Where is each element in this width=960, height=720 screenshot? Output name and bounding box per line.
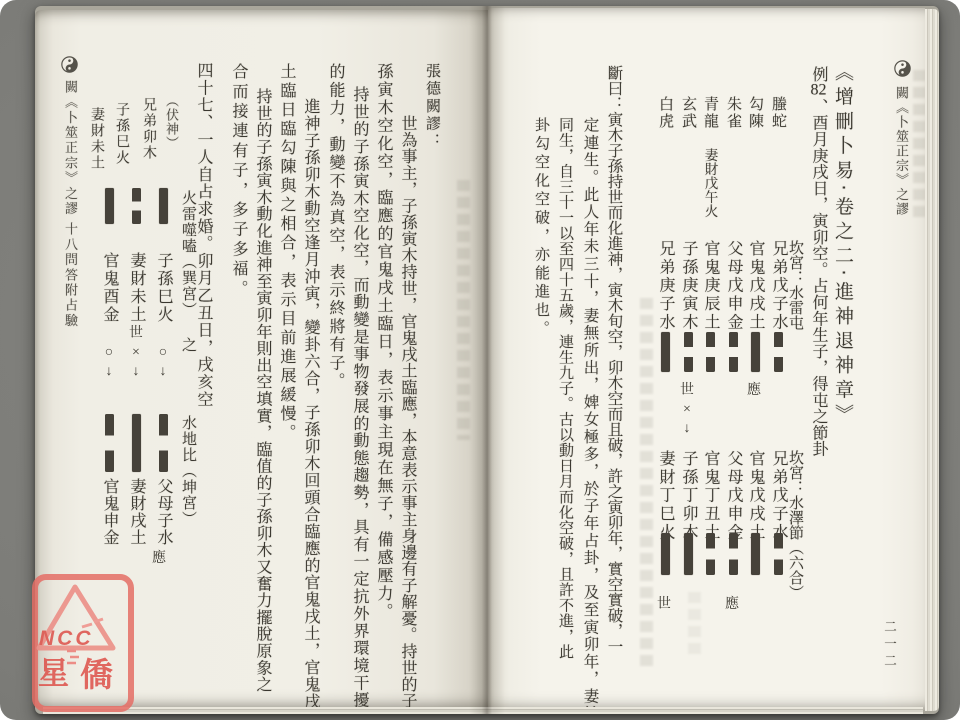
commentary-column: 持世的子孫寅木動化進神至寅卯年則出空填實，臨值的子孫卯木又奮力擺脫原象之 <box>254 88 270 693</box>
chapter-title: 《增刪卜易‧卷之二‧進神退神章》 <box>833 62 852 428</box>
book-spread: 闕《卜筮正宗》之謬 十八問答附占驗 張德闕謬： 世為事主，子孫寅木持世，官鬼戌土… <box>35 6 939 714</box>
commentary-column: 合而接連有子，多子多福。 <box>230 63 246 299</box>
example-number: 82 <box>810 82 827 98</box>
running-head: 闕《卜筮正宗》之謬 <box>895 86 908 217</box>
line-marks: 世 × ↓ <box>127 325 145 382</box>
beast-label: 青龍 <box>702 96 717 130</box>
judgment-column: 定連生。此人年未三十，妻無所出，婢女極多，於子年占卦，及至寅卯年，妻婢 <box>582 117 598 710</box>
moving-line-mark: ○ <box>105 344 113 363</box>
page-stack-edge-right <box>925 9 939 711</box>
beast-label: 白虎 <box>657 96 672 130</box>
change-arrow: ↓ <box>160 363 167 382</box>
beast-label: 勾陳 <box>747 96 762 130</box>
judgment-column: 卦勾空化空破，亦能進也。 <box>533 117 548 339</box>
hexagram-line-symbol <box>706 533 715 575</box>
moving-line-mark: ○ <box>159 344 167 363</box>
hexagram-line-symbol <box>661 332 670 372</box>
hidden-spirit-label: （伏神） <box>165 94 178 150</box>
hexagram-line-label: 官鬼酉金 <box>101 252 117 324</box>
shi-mark: 世 <box>657 596 671 615</box>
hexagram-name-changed: 水地比（坤宮） <box>180 415 195 527</box>
line-marks: 應 <box>723 596 741 615</box>
hexagram-line-symbol <box>661 533 670 575</box>
hexagram-line-symbol <box>684 533 693 575</box>
hexagram-line-symbol <box>105 188 114 224</box>
line-marks: 應 <box>745 382 763 401</box>
bleedthrough-ghost <box>457 180 470 440</box>
line-marks: ○ ↓ <box>100 325 118 382</box>
hexagram-line-label: 子孫巳火 <box>155 252 171 324</box>
hexagram-line-label: 官鬼庚辰土 <box>702 240 718 332</box>
example-text: 、酉月庚戌日，寅卯空。占何年生子，得屯之節卦 <box>810 98 827 457</box>
watermark-org-text: NCC <box>39 627 94 650</box>
commentator-heading: 張德闕謬： <box>424 63 439 151</box>
commentary-column: 進神子孫卯木動空逢月沖寅，變卦六合，子孫卯木回頭合臨應的官鬼戌土，官鬼戌 <box>302 98 318 708</box>
publisher-watermark-stamp: NCC 星 僑 <box>30 572 136 714</box>
hexagram-line-label: 官鬼戊戌土 <box>747 240 763 332</box>
commentary-column: 土臨日臨勾陳與之相合，表示目前進展緩慢。 <box>278 63 294 443</box>
commentary-column: 孫寅木空化空，臨應的官鬼戌土臨日，表示事主現在無子，備感壓力。 <box>375 63 391 621</box>
hexagram-palace-changed: 坎宮：水澤節（六合） <box>787 450 802 600</box>
hexagram-line-symbol <box>774 332 783 372</box>
hidden-spirit: 妻財未土 <box>89 107 103 171</box>
shi-mark: 世 <box>680 382 694 401</box>
hexagram-line-label: 兄弟戊子水 <box>770 450 786 542</box>
change-arrow: ↓ <box>684 420 691 439</box>
line-marks: 世 × ↓ <box>678 382 696 439</box>
beast-label: 玄武 <box>680 96 695 130</box>
hexagram-line-label: 子孫庚寅木 <box>680 240 696 332</box>
hexagram-line-label: 妻財丁巳火 <box>657 450 673 542</box>
hexagram-line-symbol <box>132 414 141 472</box>
hidden-spirit: 子孫巳火 <box>114 102 128 166</box>
hexagram-line-symbol <box>729 332 738 372</box>
hexagram-line-label: 父母戊申金 <box>725 240 741 332</box>
hexagram-line-symbol <box>774 533 783 575</box>
margin-running-title: 闕《卜筮正宗》之謬 十八問答附占驗 <box>64 80 77 329</box>
line-marks: 應 <box>150 550 168 569</box>
hexagram-line-label: 妻財戌土 <box>128 478 144 546</box>
beast-label: 朱雀 <box>725 96 740 130</box>
hexagram-line-symbol <box>684 332 693 372</box>
yin-yang-icon <box>894 60 911 77</box>
hexagram-line-label: 官鬼申金 <box>101 478 117 546</box>
hexagram-line-label: 父母戊申金 <box>725 450 741 542</box>
bleedthrough-ghost <box>688 592 701 656</box>
hexagram-line-symbol <box>751 533 760 575</box>
hexagram-line-symbol <box>729 533 738 575</box>
book-scan-photo: 闕《卜筮正宗》之謬 十八問答附占驗 張德闕謬： 世為事主，子孫寅木持世，官鬼戌土… <box>0 0 960 720</box>
watermark-name-right: 僑 <box>80 657 113 694</box>
moving-line-mark: × <box>683 401 691 420</box>
commentary-column: 持世的子孫寅木空化空，而動變是事物發展的動態趨勢，具有一定抗外界環境干擾 <box>351 86 367 708</box>
hexagram-line-symbol <box>706 332 715 372</box>
hexagram-line-label: 子孫丁卯木 <box>680 450 696 542</box>
hexagram-line-label: 父母子水 <box>155 478 171 546</box>
ying-mark: 應 <box>747 382 761 401</box>
yin-yang-icon <box>61 56 78 73</box>
hexagram-line-label: 妻財未土 <box>128 252 144 324</box>
hexagram-line-symbol <box>159 188 168 224</box>
change-arrow: ↓ <box>133 363 140 382</box>
hexagram-palace-primary: 坎宮：水雷屯 <box>787 240 802 330</box>
hexagram-connector: 之 <box>180 337 195 352</box>
section-heading: 四十七、一人自占求婚。卯月乙丑日，戌亥空 <box>195 62 211 408</box>
hexagram-name-primary: 火雷噬嗑（巽宮） <box>180 190 195 318</box>
commentary-column: 的能力，動變不為真空，表示終將有子。 <box>327 63 343 391</box>
line-marks: ○ ↓ <box>154 325 172 382</box>
judgment-column: 同生，自三十一以至四十五歲，連生九子。古以動日月而化空破，且許不進，此 <box>557 117 572 660</box>
hexagram-line-label: 官鬼丁丑土 <box>702 450 718 542</box>
hexagram-line-symbol <box>159 414 168 472</box>
commentary-column: 世為事主，子孫寅木持世，官鬼戌土臨應，本意表示事主身邊有子解憂。持世的子 <box>399 115 415 708</box>
hexagram-line-symbol <box>751 332 760 372</box>
example-prefix: 例 <box>810 66 827 82</box>
watermark-name-left: 星 <box>38 656 69 691</box>
bleedthrough-ghost <box>913 70 925 220</box>
change-arrow: ↓ <box>106 363 113 382</box>
shi-mark: 世 <box>129 325 143 344</box>
ying-mark: 應 <box>725 596 739 615</box>
page-stack-edge-bottom <box>43 707 923 714</box>
hexagram-line-symbol <box>132 188 141 224</box>
moving-line-mark: × <box>132 344 140 363</box>
hidden-spirit: 兄弟卯木 <box>141 97 155 161</box>
hexagram-line-symbol <box>105 414 114 472</box>
hexagram-line-label: 官鬼戊戌土 <box>747 450 763 542</box>
ying-mark: 應 <box>152 550 166 569</box>
page-right: 闕《卜筮正宗》之謬 《增刪卜易‧卷之二‧進神退神章》 例82、酉月庚戌日，寅卯空… <box>488 8 925 710</box>
judgment-column: 斷曰：寅木子孫持世而化進神，寅木旬空，卯木空而且破，許之寅卯年，實空實破，一 <box>606 65 622 654</box>
hidden-spirit: 妻財戊午火 <box>703 148 717 218</box>
example-heading: 例82、酉月庚戌日，寅卯空。占何年生子，得屯之節卦 <box>810 66 826 457</box>
hexagram-line-label: 兄弟庚子水 <box>657 240 673 332</box>
line-marks: 世 <box>655 596 673 615</box>
bleedthrough-ghost <box>640 298 653 668</box>
beast-label: 螣蛇 <box>770 96 785 130</box>
page-number: 二一二 <box>883 620 896 671</box>
hexagram-line-label: 兄弟戊子水 <box>770 240 786 332</box>
